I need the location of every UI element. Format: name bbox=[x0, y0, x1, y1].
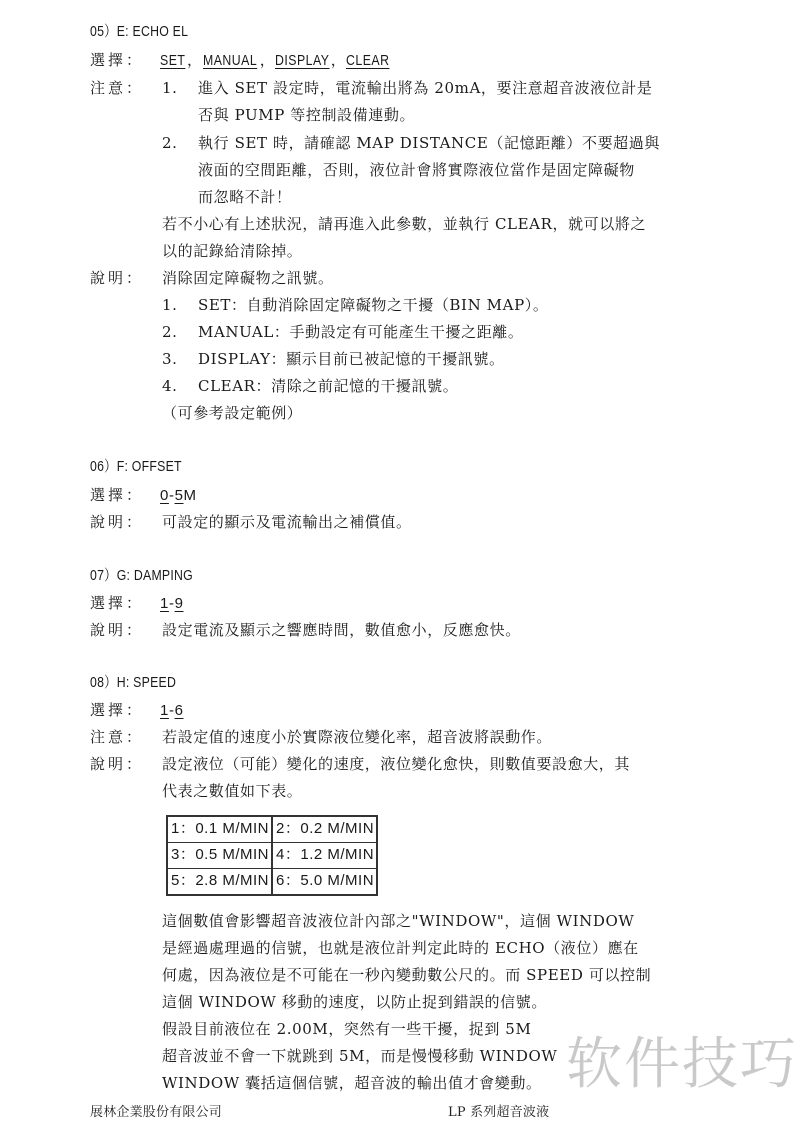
desc-item-number: 1. bbox=[162, 295, 178, 315]
section-08-desc-line: 設定液位（可能）變化的速度，液位變化愈快，則數值要設愈大，其 bbox=[162, 754, 630, 774]
desc-item-number: 4. bbox=[162, 376, 178, 396]
explanation-line: 這個數值會影響超音波液位計內部之"WINDOW"，這個 WINDOW bbox=[162, 911, 634, 931]
section-08-select-label: 選擇： bbox=[90, 700, 144, 720]
watermark: 软件技巧 bbox=[566, 1028, 800, 1102]
section-07-desc: 設定電流及顯示之響應時間，數值愈小，反應愈快。 bbox=[162, 620, 521, 640]
section-05-select-label: 選擇： bbox=[90, 50, 144, 70]
section-06-desc-label: 說明： bbox=[90, 512, 144, 532]
section-07-desc-label: 說明： bbox=[90, 620, 144, 640]
footer-product: LP 系列超音波液 bbox=[448, 1101, 549, 1120]
notice-extra-text: 以的記錄給清除掉。 bbox=[162, 241, 302, 261]
table-row: 3：0.5 M/MIN 4：1.2 M/MIN bbox=[167, 843, 377, 869]
speed-table: 1：0.1 M/MIN 2：0.2 M/MIN 3：0.5 M/MIN 4：1.… bbox=[166, 815, 378, 896]
section-06-heading: 06）F: OFFSET bbox=[90, 457, 182, 477]
notice-item-text: 否與 PUMP 等控制設備連動。 bbox=[198, 105, 415, 125]
explanation-line: 假設目前液位在 2.00M，突然有一些干擾，捉到 5M bbox=[162, 1019, 531, 1039]
table-cell: 4：1.2 M/MIN bbox=[272, 843, 377, 869]
section-07-heading: 07）G: DAMPING bbox=[90, 566, 193, 586]
reference-note: （可參考設定範例） bbox=[162, 403, 302, 423]
desc-item-text: SET：自動消除固定障礙物之干擾（BIN MAP）。 bbox=[198, 295, 548, 315]
notice-extra-text: 若不小心有上述狀況，請再進入此參數，並執行 CLEAR，就可以將之 bbox=[162, 214, 646, 234]
footer-company: 展林企業股份有限公司 bbox=[90, 1101, 222, 1120]
section-07-select-label: 選擇： bbox=[90, 593, 144, 613]
notice-item-text: 執行 SET 時，請確認 MAP DISTANCE（記憶距離）不要超過與 bbox=[198, 133, 660, 153]
explanation-line: 超音波並不會一下就跳到 5M，而是慢慢移動 WINDOW bbox=[162, 1046, 557, 1066]
section-08-notice-label: 注意： bbox=[90, 727, 144, 747]
option-manual: MANUAL bbox=[203, 51, 257, 71]
section-05-desc-label: 說明： bbox=[90, 268, 144, 288]
notice-item-text: 而忽略不計！ bbox=[198, 187, 292, 207]
table-cell: 1：0.1 M/MIN bbox=[167, 816, 272, 843]
section-07-range: 1-9 bbox=[160, 593, 184, 614]
explanation-line: 是經過處理過的信號，也就是液位計判定此時的 ECHO（液位）應在 bbox=[162, 938, 639, 958]
section-08-desc-line: 代表之數值如下表。 bbox=[162, 781, 302, 801]
section-08-heading: 08）H: SPEED bbox=[90, 673, 176, 693]
notice-item-number: 2. bbox=[162, 133, 178, 153]
explanation-line: 何處，因為液位是不可能在一秒內變動數公尺的。而 SPEED 可以控制 bbox=[162, 965, 651, 985]
option-display: DISPLAY bbox=[275, 51, 329, 71]
notice-item-text: 液面的空間距離，否則，液位計會將實際液位當作是固定障礙物 bbox=[198, 160, 635, 180]
section-06-range: 0-5M bbox=[160, 485, 197, 506]
notice-item-text: 進入 SET 設定時，電流輸出將為 20mA，要注意超音波液位計是 bbox=[198, 78, 652, 98]
section-06-desc: 可設定的顯示及電流輸出之補償值。 bbox=[162, 512, 412, 532]
desc-item-text: CLEAR：清除之前記憶的干擾訊號。 bbox=[198, 376, 458, 396]
desc-item-text: DISPLAY：顯示目前已被記憶的干擾訊號。 bbox=[198, 349, 505, 369]
section-08-notice: 若設定值的速度小於實際液位變化率，超音波將誤動作。 bbox=[162, 727, 552, 747]
table-row: 5：2.8 M/MIN 6：5.0 M/MIN bbox=[167, 869, 377, 896]
document-page: 05）E: ECHO EL 選擇： SET，MANUAL，DISPLAY，CLE… bbox=[0, 0, 800, 1132]
table-row: 1：0.1 M/MIN 2：0.2 M/MIN bbox=[167, 816, 377, 843]
desc-item-number: 3. bbox=[162, 349, 178, 369]
section-08-range: 1-6 bbox=[160, 700, 184, 721]
option-set: SET bbox=[160, 51, 185, 71]
explanation-line: WINDOW 囊括這個信號，超音波的輸出值才會變動。 bbox=[162, 1073, 542, 1093]
section-05-options: SET，MANUAL，DISPLAY，CLEAR bbox=[160, 50, 399, 71]
section-06-select-label: 選擇： bbox=[90, 485, 144, 505]
desc-item-text: MANUAL：手動設定有可能產生干擾之距離。 bbox=[198, 322, 524, 342]
option-clear: CLEAR bbox=[346, 51, 389, 71]
table-cell: 2：0.2 M/MIN bbox=[272, 816, 377, 843]
desc-item-number: 2. bbox=[162, 322, 178, 342]
table-cell: 5：2.8 M/MIN bbox=[167, 869, 272, 896]
section-05-desc-intro: 消除固定障礙物之訊號。 bbox=[162, 268, 334, 288]
notice-item-number: 1. bbox=[162, 78, 178, 98]
section-08-desc-label: 說明： bbox=[90, 754, 144, 774]
table-cell: 3：0.5 M/MIN bbox=[167, 843, 272, 869]
section-05-heading: 05）E: ECHO EL bbox=[90, 22, 188, 42]
section-05-notice-label: 注意： bbox=[90, 78, 144, 98]
explanation-line: 這個 WINDOW 移動的速度，以防止捉到錯誤的信號。 bbox=[162, 992, 547, 1012]
table-cell: 6：5.0 M/MIN bbox=[272, 869, 377, 896]
